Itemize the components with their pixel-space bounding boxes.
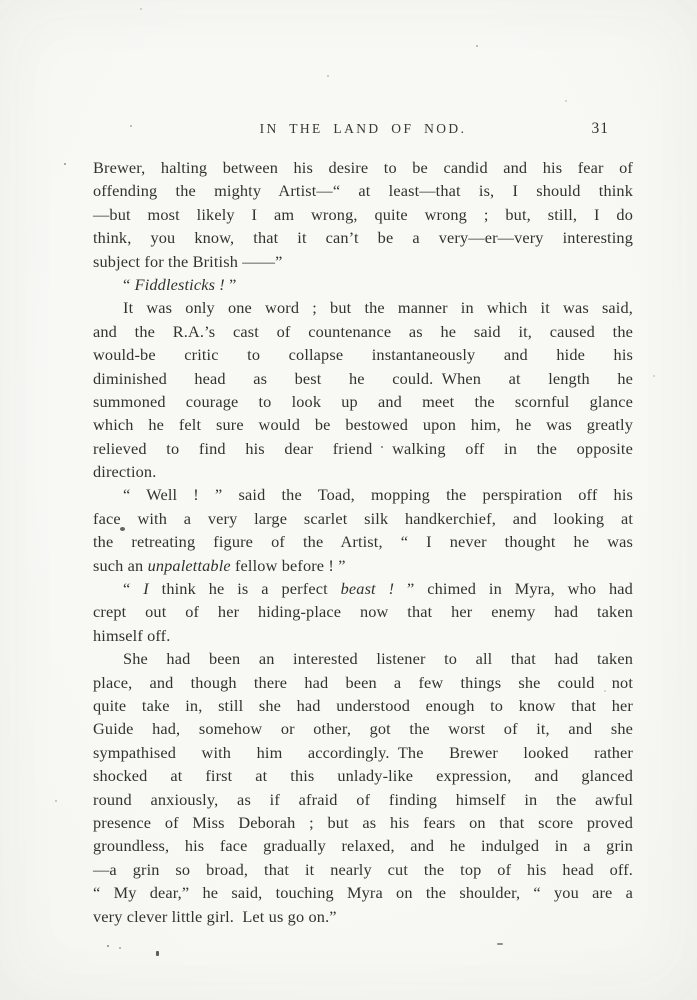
text-line: subject for the British ——” [93, 250, 633, 273]
text-line: crept out of her hiding-place now that h… [93, 600, 633, 623]
text-segment: such an [93, 556, 148, 575]
ink-speck [565, 100, 567, 102]
text-segment: face with a very large scarlet silk hand… [93, 509, 633, 528]
ink-speck [130, 125, 132, 127]
text-segment: —a grin so broad, that it nearly cut the… [93, 860, 633, 879]
ink-speck [497, 943, 503, 945]
text-line: —but most likely I am wrong, quite wrong… [93, 203, 633, 226]
paragraph: Brewer, halting between his desire to be… [93, 156, 633, 273]
text-line: the retreating figure of the Artist, “ I… [93, 530, 633, 553]
text-line: direction. [93, 460, 633, 483]
text-line: “ I think he is a perfect beast ! ” chim… [93, 577, 633, 600]
paragraph: She had been an interested listener to a… [93, 647, 633, 928]
text-segment: —but most likely I am wrong, quite wrong… [93, 205, 633, 224]
ink-speck [156, 951, 159, 956]
text-segment: think, you know, that it can’t be a very… [93, 228, 633, 247]
text-line: “ Fiddlesticks ! ” [93, 273, 633, 296]
text-segment: diminished head as best he could. When a… [93, 369, 633, 388]
ink-speck [120, 527, 125, 531]
text-segment: “ Well ! ” said the Toad, mopping the pe… [123, 485, 633, 504]
paragraph: “ Fiddlesticks ! ” [93, 273, 633, 296]
text-segment: place, and though there had been a few t… [93, 673, 633, 692]
text-line: very clever little girl. Let us go on.” [93, 905, 633, 928]
text-segment: crept out of her hiding-place now that h… [93, 602, 633, 621]
text-line: would-be critic to collapse instantaneou… [93, 343, 633, 366]
text-line: round anxiously, as if afraid of finding… [93, 788, 633, 811]
text-segment: subject for the British ——” [93, 252, 282, 271]
text-segment: which he felt sure would be bestowed upo… [93, 415, 633, 434]
text-segment: “ [123, 275, 135, 294]
text-segment: presence of Miss Deborah ; but as his fe… [93, 813, 633, 832]
text-segment: round anxiously, as if afraid of finding… [93, 790, 633, 809]
ink-speck [119, 947, 121, 949]
text-line: She had been an interested listener to a… [93, 647, 633, 670]
text-segment: himself off. [93, 626, 170, 645]
text-segment: It was only one word ; but the manner in… [123, 298, 633, 317]
text-segment: shocked at first at this unlady-like exp… [93, 766, 633, 785]
paragraph: “ Well ! ” said the Toad, mopping the pe… [93, 483, 633, 577]
text-line: —a grin so broad, that it nearly cut the… [93, 858, 633, 881]
text-segment: groundless, his face gradually relaxed, … [93, 836, 633, 855]
text-segment: summoned courage to look up and meet the… [93, 392, 633, 411]
text-line: offending the mighty Artist—“ at least—t… [93, 179, 633, 202]
text-segment: ” [225, 275, 237, 294]
paragraph: It was only one word ; but the manner in… [93, 296, 633, 483]
ink-speck [604, 690, 606, 692]
text-line: summoned courage to look up and meet the… [93, 390, 633, 413]
text-segment: “ [123, 579, 143, 598]
text-line: relieved to find his dear friend walking… [93, 437, 633, 460]
ink-speck [55, 800, 57, 802]
text-line: Brewer, halting between his desire to be… [93, 156, 633, 179]
text-line: face with a very large scarlet silk hand… [93, 507, 633, 530]
ink-speck [476, 45, 478, 47]
text-line: It was only one word ; but the manner in… [93, 296, 633, 319]
paragraph: “ I think he is a perfect beast ! ” chim… [93, 577, 633, 647]
text-segment: and the R.A.’s cast of countenance as he… [93, 322, 633, 341]
text-line: quite take in, still she had understood … [93, 694, 633, 717]
text-line: shocked at first at this unlady-like exp… [93, 764, 633, 787]
text-line: presence of Miss Deborah ; but as his fe… [93, 811, 633, 834]
text-line: himself off. [93, 624, 633, 647]
text-line: Guide had, somehow or other, got the wor… [93, 717, 633, 740]
text-segment: direction. [93, 462, 156, 481]
text-segment: ” chimed in Myra, who had [394, 579, 633, 598]
text-block: Brewer, halting between his desire to be… [93, 156, 633, 928]
text-segment: think he is a perfect [149, 579, 341, 598]
text-line: “ Well ! ” said the Toad, mopping the pe… [93, 483, 633, 506]
text-segment: sympathised with him accordingly. The Br… [93, 743, 633, 762]
text-line: diminished head as best he could. When a… [93, 367, 633, 390]
text-segment: would-be critic to collapse instantaneou… [93, 345, 633, 364]
text-line: sympathised with him accordingly. The Br… [93, 741, 633, 764]
ink-speck [653, 375, 655, 377]
text-segment: offending the mighty Artist—“ at least—t… [93, 181, 633, 200]
page-number: 31 [592, 119, 610, 139]
italic-text: Fiddlesticks ! [135, 275, 225, 294]
ink-speck [140, 8, 142, 10]
text-line: think, you know, that it can’t be a very… [93, 226, 633, 249]
running-title: IN THE LAND OF NOD. [93, 119, 633, 139]
text-segment: relieved to find his dear friend walking… [93, 439, 633, 458]
text-line: place, and though there had been a few t… [93, 671, 633, 694]
text-segment: quite take in, still she had understood … [93, 696, 633, 715]
text-line: groundless, his face gradually relaxed, … [93, 834, 633, 857]
text-line: “ My dear,” he said, touching Myra on th… [93, 881, 633, 904]
text-segment: “ My dear,” he said, touching Myra on th… [93, 883, 633, 902]
text-segment: Guide had, somehow or other, got the wor… [93, 719, 633, 738]
text-segment: very clever little girl. Let us go on.” [93, 907, 337, 926]
text-line: such an unpalettable fellow before ! ” [93, 554, 633, 577]
text-segment: fellow before ! ” [231, 556, 346, 575]
text-segment: the retreating figure of the Artist, “ I… [93, 532, 633, 551]
ink-speck [327, 75, 329, 77]
text-line: which he felt sure would be bestowed upo… [93, 413, 633, 436]
ink-speck [64, 163, 66, 165]
text-segment: Brewer, halting between his desire to be… [93, 158, 633, 177]
book-page: IN THE LAND OF NOD. 31 Brewer, halting b… [0, 0, 697, 1000]
page-header: IN THE LAND OF NOD. 31 [93, 119, 633, 139]
text-line: and the R.A.’s cast of countenance as he… [93, 320, 633, 343]
ink-speck [381, 446, 383, 448]
text-segment: She had been an interested listener to a… [123, 649, 633, 668]
italic-text: unpalettable [148, 556, 231, 575]
italic-text: beast ! [341, 579, 395, 598]
ink-speck [107, 945, 109, 947]
